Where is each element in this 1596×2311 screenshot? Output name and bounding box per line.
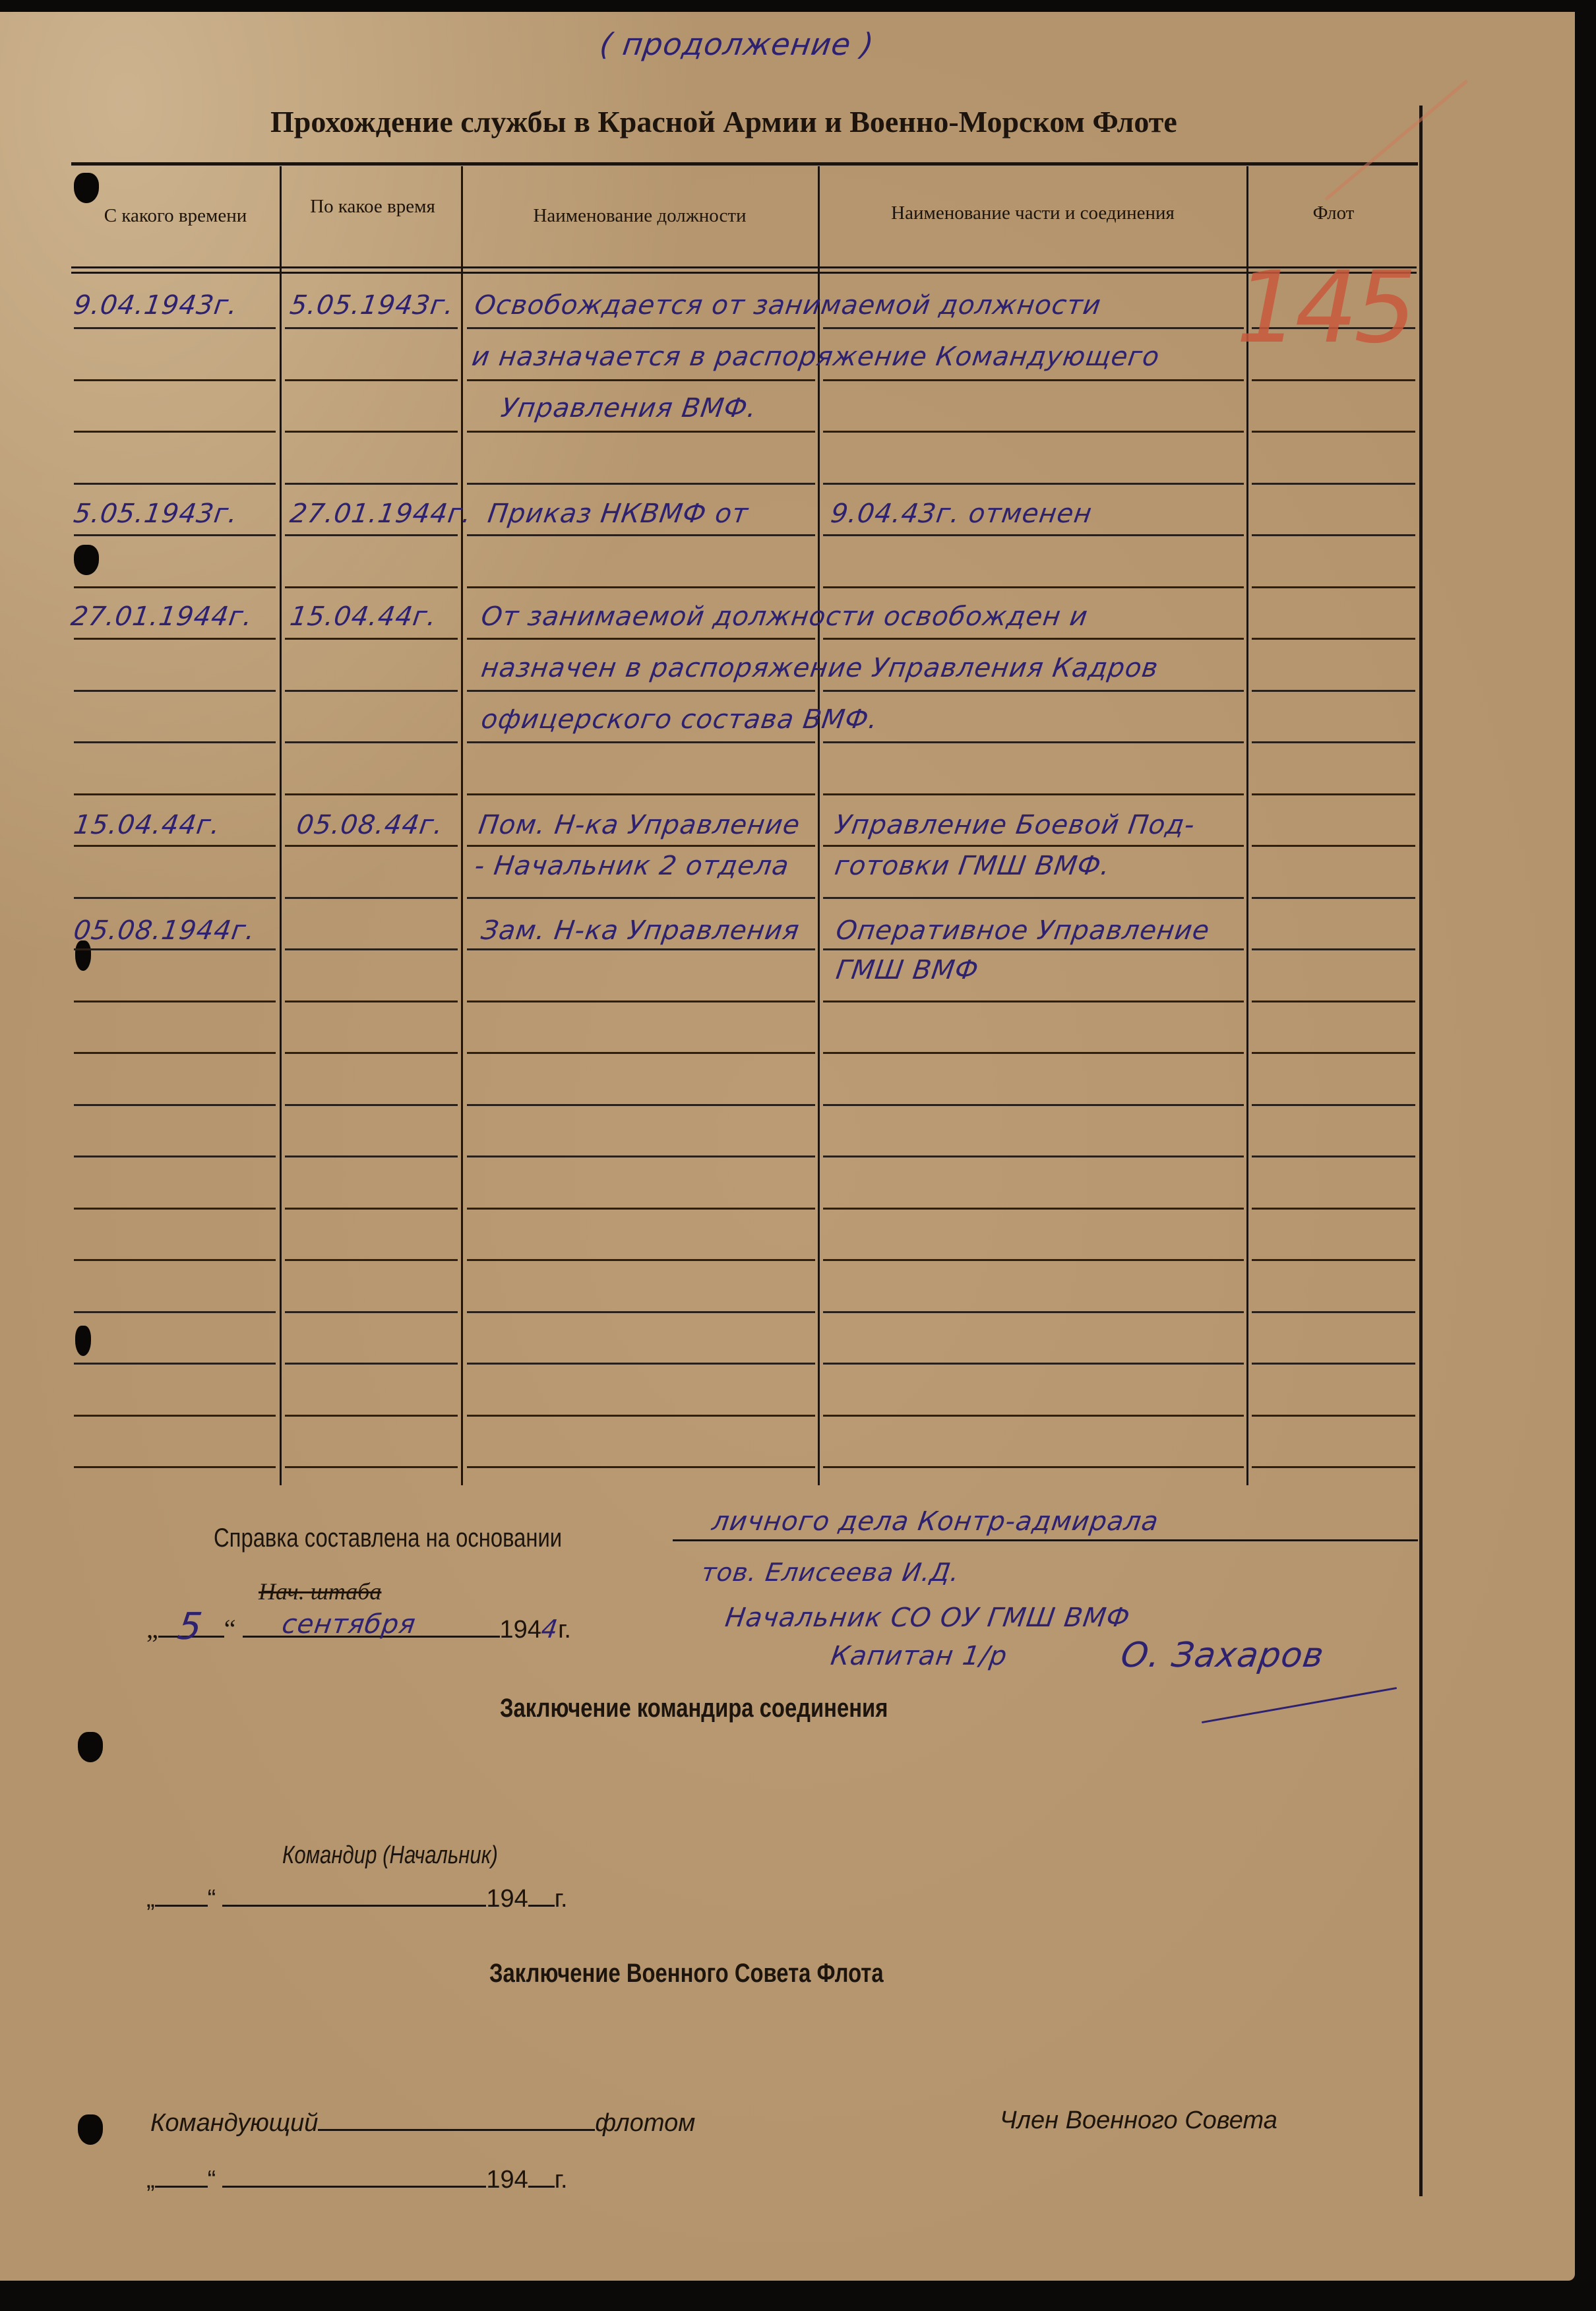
column-header-position: Наименование должности [463,204,816,227]
reference-label: Справка составлена на основании [214,1524,562,1553]
ruled-line [467,327,815,329]
ruled-line [1252,793,1415,795]
ruled-line [467,1001,815,1002]
ruled-line [74,638,276,640]
ruled-line [74,1001,276,1002]
ruled-line [823,483,1244,485]
row3-from: 27.01.1944г. [69,601,255,632]
ruled-line [285,897,458,899]
ruled-line [74,534,276,536]
ruled-line [285,948,458,950]
ruled-line [285,1259,458,1261]
ruled-line [74,741,276,743]
row5-unit-line2: ГМШ ВМФ [834,955,981,985]
ruled-line [823,638,1244,640]
ruled-line [74,483,276,485]
ruled-line [467,690,815,692]
ruled-line [467,483,815,485]
ruled-line [74,897,276,899]
ruled-line [285,793,458,795]
punch-hole [74,173,99,203]
row5-position: Зам. Н-ка Управления [479,915,802,946]
row2-to: 27.01.1944г. [288,499,474,529]
ruled-line [74,793,276,795]
column-header-unit: Наименование части и соединения [820,202,1245,224]
ruled-line [1252,1311,1415,1313]
ruled-line [1252,534,1415,536]
ruled-line [1252,948,1415,950]
ruled-line [285,431,458,433]
ruled-line [74,845,276,847]
ruled-line [74,1052,276,1054]
row1-from: 9.04.1943г. [72,290,240,321]
reference-date: „5“сентября1944г. [146,1613,571,1644]
ruled-line [1252,379,1415,381]
ruled-line [74,327,276,329]
ruled-line [285,1415,458,1417]
ruled-line [823,1155,1244,1157]
struck-title: Нач. штаба [259,1578,381,1605]
row2-from: 5.05.1943г. [72,499,240,529]
council-section-heading: Заключение Военного Совета Флота [489,1959,884,1988]
ruled-line [467,1311,815,1313]
ruled-line [467,1208,815,1210]
ruled-line [285,1104,458,1106]
ruled-line [823,327,1244,329]
ruled-line [823,1363,1244,1365]
row4-position-line1: Пом. Н-ка Управление [477,810,802,840]
ruled-line [285,327,458,329]
ruled-line [467,638,815,640]
ruled-line [285,1311,458,1313]
row3-position-line2: назначен в распоряжение Управления Кадро… [479,653,1161,683]
ruled-line [467,586,815,588]
reference-basis-line1: личного дела Контр-адмирала [710,1506,1161,1537]
ruled-line [823,793,1244,795]
commander-date: „“194г. [146,1885,568,1913]
ruled-line [1252,1052,1415,1054]
signer-title-line1: Начальник СО ОУ ГМШ ВМФ [723,1603,1132,1633]
signature: О. Захаров [1119,1636,1327,1675]
ruled-line [823,741,1244,743]
ruled-line [823,1466,1244,1468]
fleet-commander-signature-line: Командующийфлотом [150,2109,695,2138]
ruled-line [74,586,276,588]
row4-position-line2: - Начальник 2 отдела [473,851,791,881]
ruled-line [74,948,276,950]
ruled-line [74,1208,276,1210]
ruled-line [1252,1466,1415,1468]
ruled-line [823,1104,1244,1106]
ruled-line [285,534,458,536]
column-header-fleet: Флот [1249,202,1418,224]
ruled-line [74,1415,276,1417]
ruled-line [1252,1259,1415,1261]
ruled-line [467,897,815,899]
ruled-line [467,379,815,381]
council-date: „“194г. [146,2166,568,2194]
ruled-line [467,1415,815,1417]
ruled-line [1252,431,1415,433]
date-month: сентября [280,1609,417,1640]
row1-position-line3: Управления ВМФ. [499,393,759,423]
row4-unit-line2: готовки ГМШ ВМФ. [833,851,1113,881]
ruled-line [823,1001,1244,1002]
punch-hole [74,545,99,575]
row4-unit-line1: Управление Боевой Под- [833,810,1197,840]
ruled-line [823,845,1244,847]
ruled-line [1252,741,1415,743]
row2-position: Приказ НКВМФ от [486,499,751,529]
ruled-line [1252,638,1415,640]
ruled-line [74,1363,276,1365]
row1-to: 5.05.1943г. [288,290,456,321]
ruled-line [823,1311,1244,1313]
table-top-border [71,162,1418,166]
ruled-line [285,741,458,743]
column-header-to: По какое время [310,195,435,218]
ruled-line [285,586,458,588]
red-pencil-annotation: 145 [1227,251,1411,356]
ruled-line [1252,1415,1415,1417]
row1-position-line1: Освобождается от занимаемой должности [473,290,1103,321]
ruled-line [285,1208,458,1210]
ruled-line [1252,1208,1415,1210]
ruled-line [823,534,1244,536]
ruled-line [285,1001,458,1002]
council-member-label: Член Военного Совета [1000,2107,1277,2135]
ruled-line [823,948,1244,950]
ruled-line [285,690,458,692]
ruled-line [74,690,276,692]
ruled-line [74,1259,276,1261]
ruled-line [823,1052,1244,1054]
ruled-line [285,483,458,485]
ruled-line [1252,845,1415,847]
date-day: 5 [175,1605,205,1648]
col-divider [280,166,282,1485]
punch-hole [75,1326,91,1356]
signer-title-line2: Капитан 1/р [829,1641,1010,1671]
ruled-line [823,379,1244,381]
ruled-line [823,690,1244,692]
ruled-line [285,638,458,640]
ruled-line [1252,586,1415,588]
ruled-line [467,741,815,743]
reference-basis-line2: тов. Елисеева И.Д. [700,1558,962,1587]
date-year: 1944г. [500,1615,571,1644]
ruled-line [285,379,458,381]
row3-to: 15.04.44г. [288,601,439,632]
ruled-line [823,1259,1244,1261]
ruled-line [823,897,1244,899]
ruled-line [467,1363,815,1365]
row2-unit: 9.04.43г. отменен [829,499,1094,529]
ruled-line [467,431,815,433]
header-bottom-border-2 [71,272,1417,274]
ruled-line [823,1208,1244,1210]
col-divider [461,166,463,1485]
ruled-line [1252,897,1415,899]
ruled-line [285,1155,458,1157]
ruled-line [467,534,815,536]
punch-hole [78,1732,103,1762]
ruled-line [74,1155,276,1157]
ruled-line [467,1052,815,1054]
ruled-line [1252,483,1415,485]
ruled-line [74,1104,276,1106]
ruled-line [467,948,815,950]
column-header-from: С какого времени [73,204,278,227]
ruled-line [74,1311,276,1313]
ruled-line [285,845,458,847]
ruled-line [467,1104,815,1106]
ruled-line [467,1259,815,1261]
page-title: Прохождение службы в Красной Армии и Вое… [270,104,1177,139]
ruled-line [823,586,1244,588]
ruled-line [467,1466,815,1468]
outer-right-border [1419,106,1423,2196]
ruled-line [1252,1104,1415,1106]
commander-signer-label: Командир (Начальник) [282,1841,498,1870]
ruled-line [74,1466,276,1468]
reference-basis-line [673,1539,1418,1541]
ruled-line [285,1466,458,1468]
continuation-note: ( продолжение ) [598,26,876,62]
ruled-line [1252,1155,1415,1157]
ruled-line [467,845,815,847]
row1-position-line2: и назначается в распоряжение Командующег… [470,342,1161,372]
ruled-line [285,1363,458,1365]
row3-position-line3: офицерского состава ВМФ. [479,704,880,735]
ruled-line [1252,1363,1415,1365]
ruled-line [1252,1001,1415,1002]
ruled-line [74,431,276,433]
commander-section-heading: Заключение командира соединения [500,1694,888,1723]
ruled-line [823,1415,1244,1417]
ruled-line [467,793,815,795]
ruled-line [467,1155,815,1157]
punch-hole [78,2114,103,2145]
row4-from: 15.04.44г. [72,810,222,840]
header-bottom-border [71,266,1417,268]
row5-unit-line1: Оперативное Управление [834,915,1212,946]
row3-position-line1: От занимаемой должности освобожден и [479,601,1090,632]
ruled-line [1252,690,1415,692]
ruled-line [74,379,276,381]
ruled-line [823,431,1244,433]
ruled-line [285,1052,458,1054]
row5-from: 05.08.1944г. [72,915,257,946]
row4-to: 05.08.44г. [295,810,445,840]
